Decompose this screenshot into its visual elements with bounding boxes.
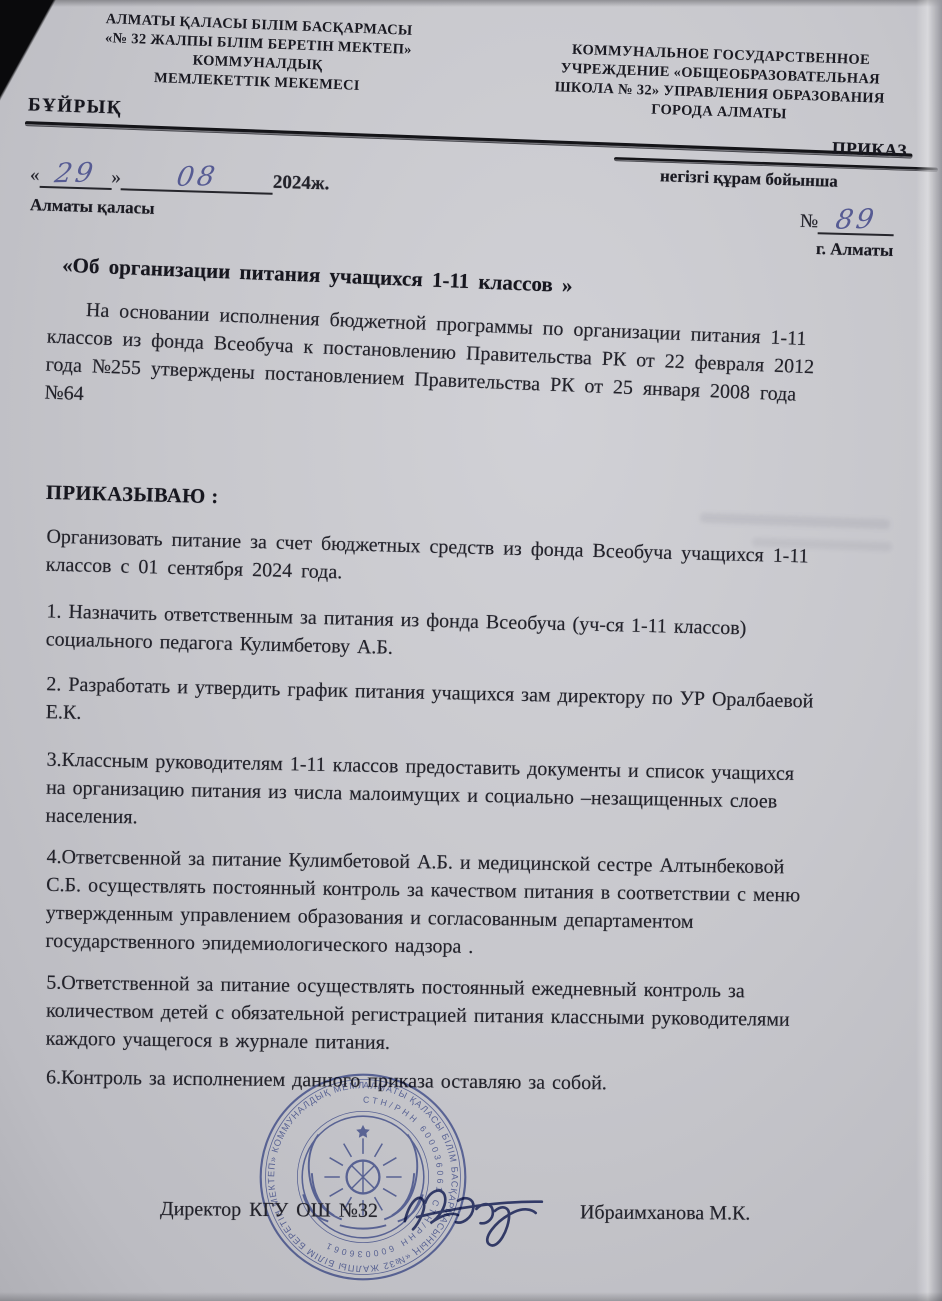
resolution-intro: Организовать питание за счет бюджетных с… bbox=[45, 523, 918, 602]
city-label-kazakh: Алматы қаласы bbox=[30, 195, 155, 219]
director-name-label: Ибраимханова М.К. bbox=[580, 1201, 751, 1225]
scan-corner-shadow bbox=[0, 0, 78, 126]
handwritten-day: 29 bbox=[53, 160, 98, 188]
header-divider-rule bbox=[25, 121, 913, 159]
staff-note: негізгі құрам бойынша bbox=[660, 166, 838, 192]
scan-edge-right bbox=[916, 0, 942, 1301]
month-underline: 08 bbox=[121, 161, 274, 194]
scan-edge-top bbox=[0, 0, 942, 7]
order-label-russian: ПРИКАЗ bbox=[832, 138, 908, 162]
day-underline: 29 bbox=[39, 159, 112, 190]
order-item-5: 5.Ответственной за питание осуществлять … bbox=[46, 969, 919, 1064]
preamble-paragraph: На основании исполнения бюджетной програ… bbox=[44, 295, 920, 442]
order-item-1: 1. Назначить ответственным за питания из… bbox=[45, 597, 918, 674]
date-line: «29»082024ж. bbox=[30, 159, 330, 197]
scan-edge-bottom bbox=[0, 1292, 942, 1301]
handwritten-month: 08 bbox=[175, 163, 220, 191]
bleedthrough-smudge bbox=[700, 513, 890, 530]
order-item-6: 6.Контроль за исполнением данного приказ… bbox=[46, 1063, 918, 1100]
document-title: «Об организации питания учащихся 1-11 кл… bbox=[62, 253, 573, 298]
number-sign: № bbox=[800, 211, 819, 232]
number-underline: 89 bbox=[818, 205, 895, 236]
city-label-russian: г. Алматы bbox=[816, 239, 894, 261]
resolution-heading: ПРИКАЗЫВАЮ : bbox=[46, 482, 219, 509]
handwritten-number: 89 bbox=[834, 206, 879, 234]
director-title-label: Директор КГУ ОШ №32 bbox=[160, 1198, 378, 1223]
order-item-4: 4.Ответсвенной за питание Кулимбетовой А… bbox=[45, 843, 918, 967]
order-item-2: 2. Разработать и утвердить график питани… bbox=[45, 670, 918, 746]
issuer-name-kazakh: АЛМАТЫ ҚАЛАСЫ БІЛІМ БАСҚАРМАСЫ «№ 32 ЖАЛ… bbox=[77, 9, 440, 99]
director-signature bbox=[398, 1168, 563, 1260]
year-label: 2024ж. bbox=[273, 172, 330, 195]
issuer-name-russian: КОММУНАЛЬНОЕ ГОСУДАРСТВЕННОЕ УЧРЕЖДЕНИЕ … bbox=[521, 39, 919, 129]
order-item-3: 3.Классным руководителям 1-11 классов пр… bbox=[45, 746, 918, 847]
document-number: №89 bbox=[800, 205, 895, 236]
scanned-page: АЛМАТЫ ҚАЛАСЫ БІЛІМ БАСҚАРМАСЫ «№ 32 ЖАЛ… bbox=[0, 0, 942, 1301]
